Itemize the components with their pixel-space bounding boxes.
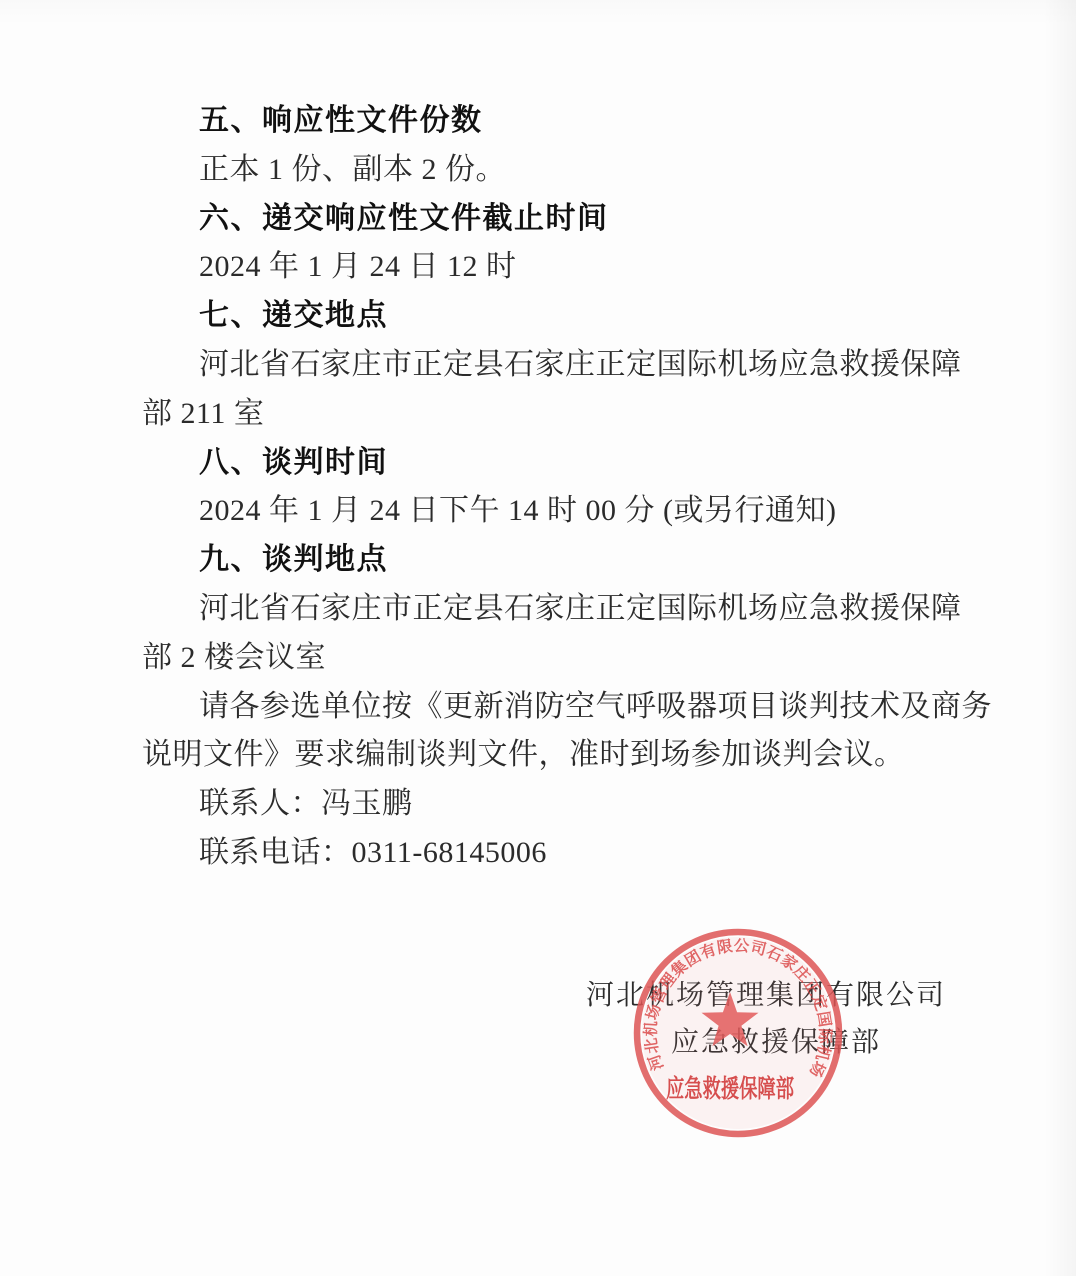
section-8-heading: 八、谈判时间 [142,439,972,488]
document-body: 五、响应性文件份数 正本 1 份、副本 2 份。 六、递交响应性文件截止时间 2… [142,97,972,878]
document-page: 五、响应性文件份数 正本 1 份、副本 2 份。 六、递交响应性文件截止时间 2… [0,0,1076,1276]
contact-phone-line: 联系电话：0311-68145006 [142,829,972,878]
seal-department-text: 应急救援保障部 [666,1074,794,1103]
section-6-heading: 六、递交响应性文件截止时间 [142,195,972,244]
signature-department: 应急救援保障部 [576,1028,976,1058]
venue-address-line-2: 部 2 楼会议室 [142,634,972,683]
delivery-address-line-1: 河北省石家庄市正定县石家庄正定国际机场应急救援保障 [142,341,972,390]
signature-company: 河北机场管理集团有限公司 [566,981,966,1011]
section-9-heading: 九、谈判地点 [142,536,972,585]
negotiation-time-line: 2024 年 1 月 24 日下午 14 时 00 分 (或另行通知) [142,487,972,536]
instruction-line-2: 说明文件》要求编制谈判文件，准时到场参加谈判会议。 [142,731,972,780]
delivery-address-line-2: 部 211 室 [142,390,972,439]
deadline-line: 2024 年 1 月 24 日 12 时 [142,243,972,292]
contact-person-line: 联系人：冯玉鹏 [142,780,972,829]
section-7-heading: 七、递交地点 [142,292,972,341]
venue-address-line-1: 河北省石家庄市正定县石家庄正定国际机场应急救援保障 [142,585,972,634]
instruction-line-1: 请各参选单位按《更新消防空气呼吸器项目谈判技术及商务 [142,683,972,732]
copies-line: 正本 1 份、副本 2 份。 [142,146,972,195]
section-5-heading: 五、响应性文件份数 [142,97,972,146]
